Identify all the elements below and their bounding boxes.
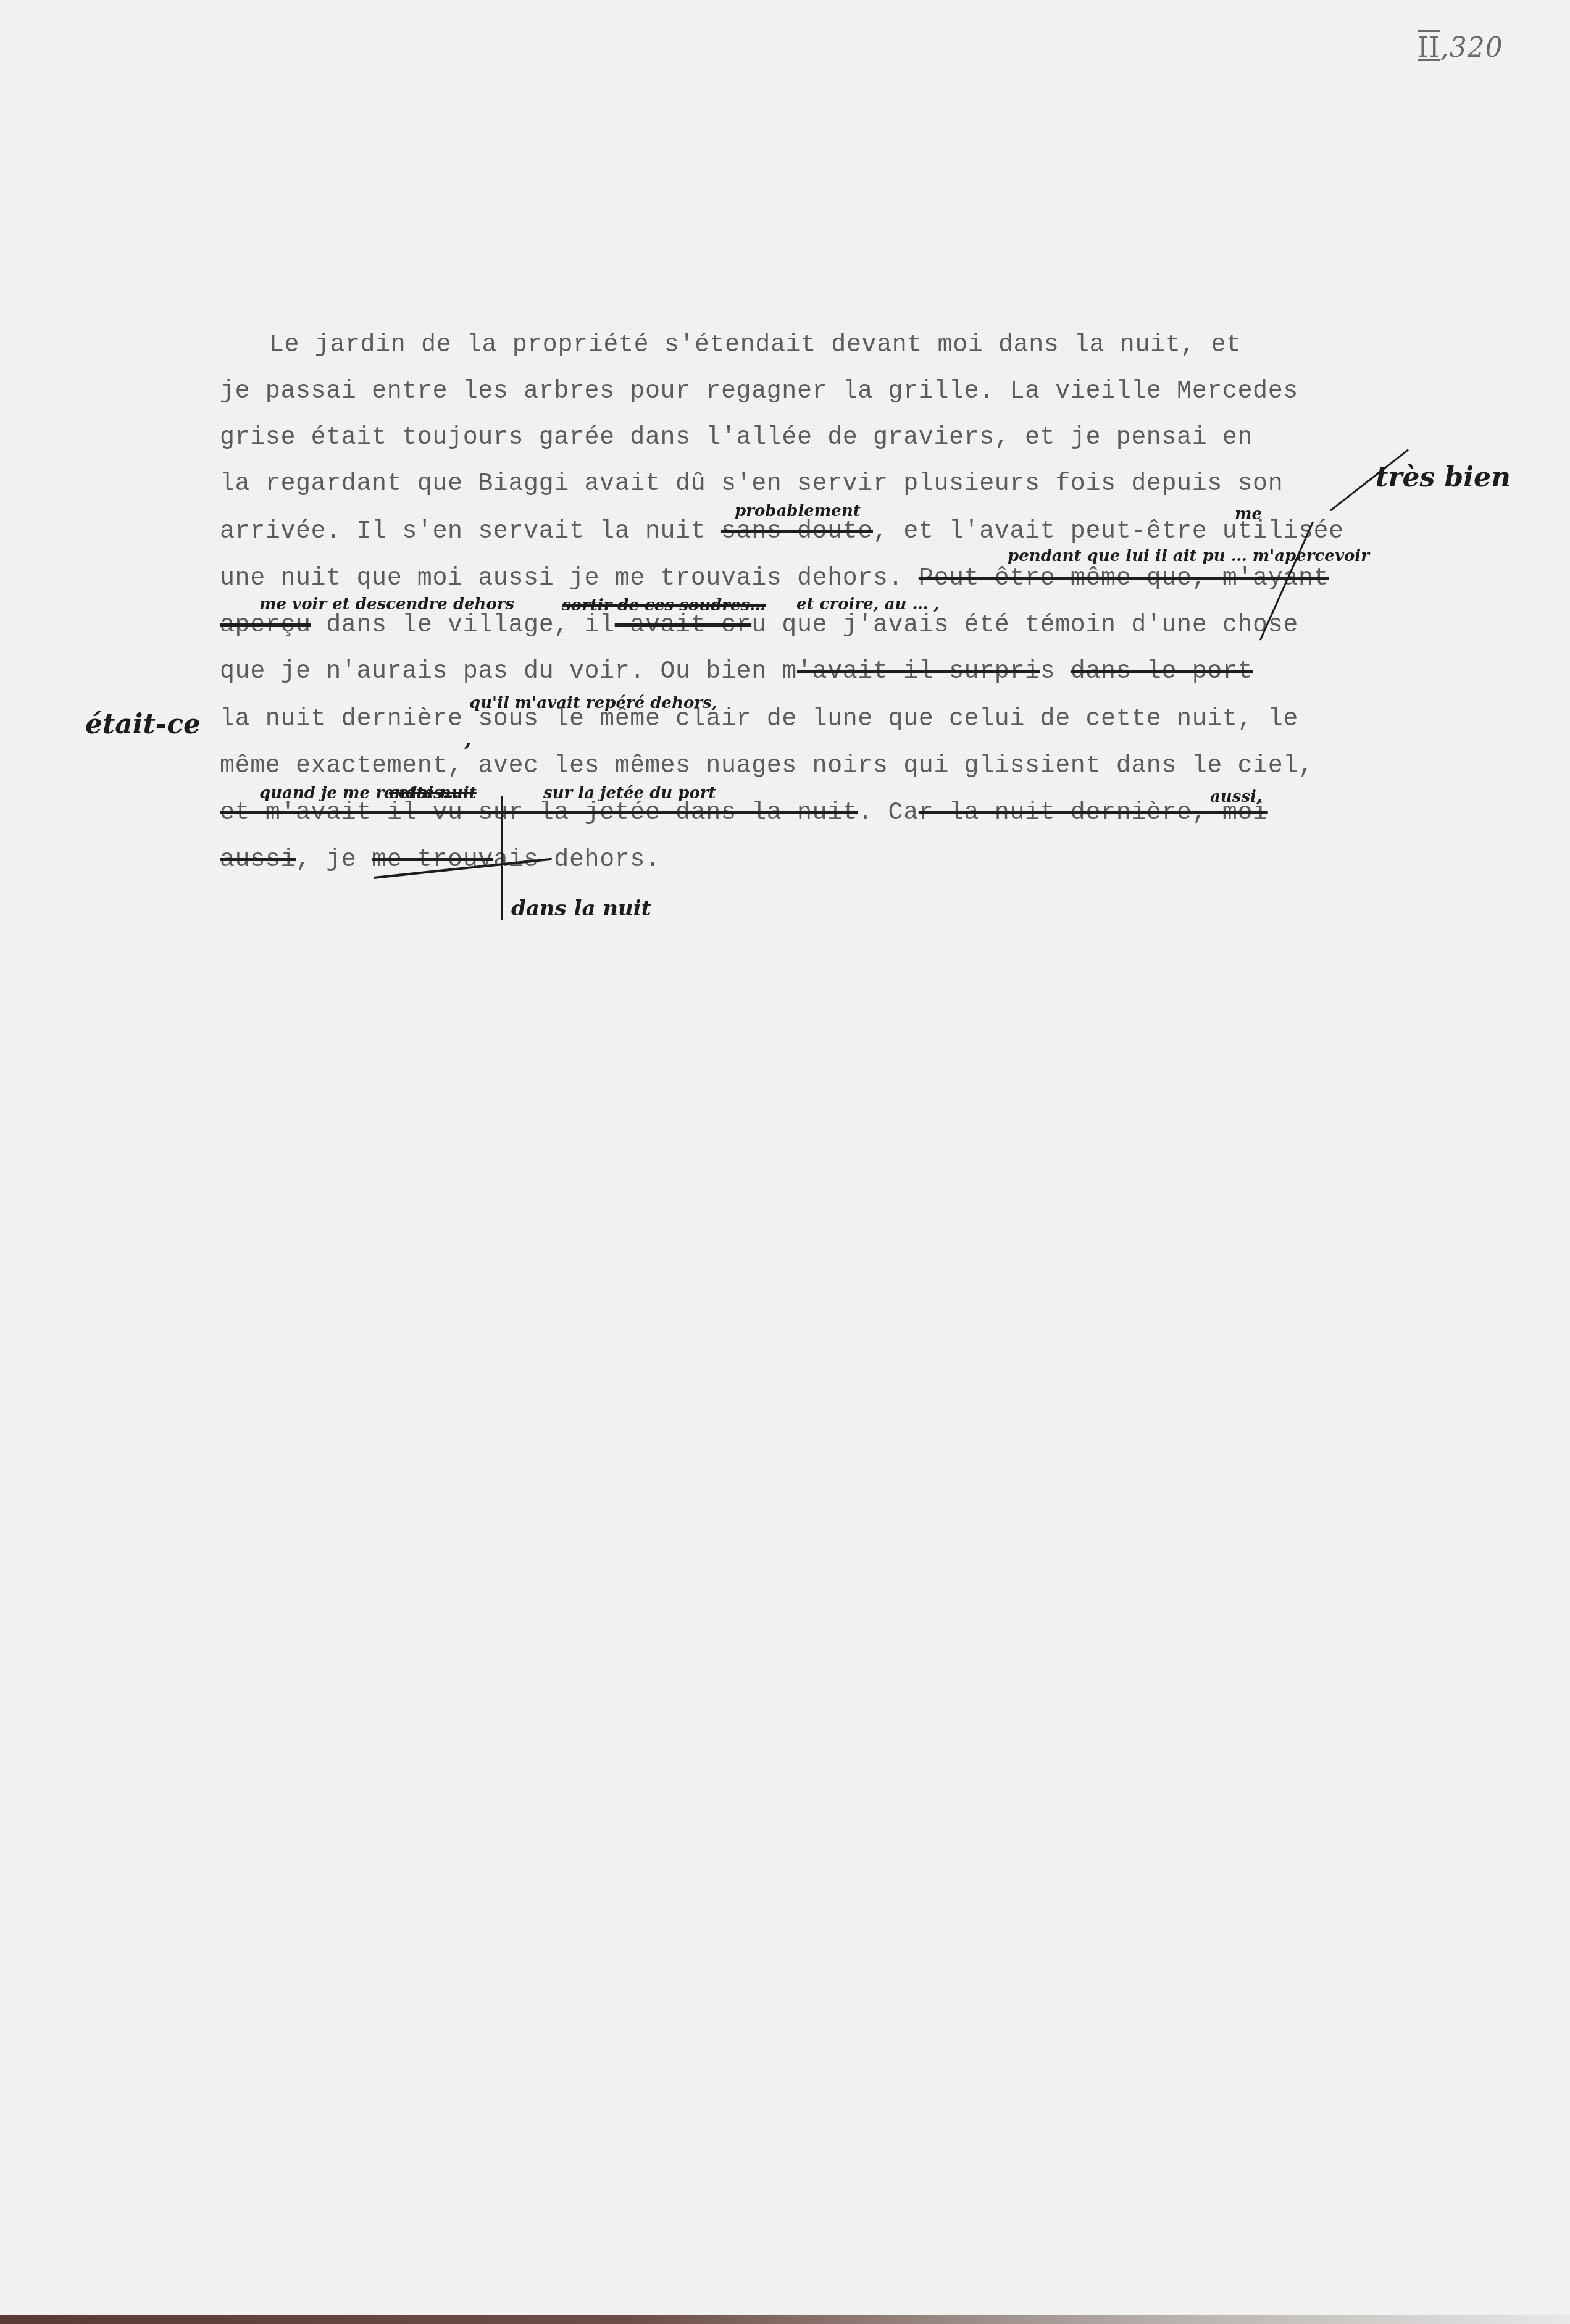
typed-line: aperçu dans le village, il avait cru que… [220,614,1298,638]
folio-roman: II [1418,32,1440,64]
struck-text: Peut-être même que, m'ayant [919,565,1329,593]
margin-note-tres-bien: très bien [1376,464,1511,491]
annotation-me-voir: me voir et descendre dehors [259,596,514,612]
annotation-et-croire: et croire, au … , [796,596,940,612]
annotation-quil-mavait-repere: qu'il m'avait repéré dehors, [469,695,717,711]
typed-line: grise était toujours garée dans l'allée … [220,426,1253,451]
typed-text: Le jardin de la propriété s'étendait dev… [269,331,1242,359]
annotation-me: me [1235,506,1262,522]
typed-line: et m'avait-il vu sur la jetée dans la nu… [220,801,1268,826]
struck-text: sans doute [721,518,873,546]
typed-text: je passai entre les arbres pour regagner… [220,378,1298,406]
annotation-comma-insert: , [464,728,472,749]
typed-text: même exactement, avec les mêmes nuages n… [220,752,1313,780]
typed-text: . Ca [858,799,918,827]
typed-text: ais dehors. [493,846,661,874]
annotation-struck-sortir: sortir de ces soudres… [562,598,766,614]
typed-line: arrivée. Il s'en servait la nuit sans do… [220,520,1344,544]
annotation-probablement: probablement [735,503,861,519]
typed-text: une nuit que moi aussi je me trouvais de… [220,565,919,593]
typed-line: je passai entre les arbres pour regagner… [220,380,1298,404]
typed-text: que je n'aurais pas du voir. Ou bien m [220,658,797,686]
folio-page: ,320 [1440,32,1503,64]
page-bottom-edge [0,2315,1570,2324]
typed-line: même exactement, avec les mêmes nuages n… [220,754,1313,779]
typed-text: , et l'avait peut-être utilisée [873,518,1344,546]
typed-text: u que j'avais été témoin d'une chose [751,612,1298,639]
struck-text: aussi [220,846,296,874]
annotation-dans-la-nuit: dans la nuit [511,898,651,919]
typed-text: la nuit dernière sous le même clair de l… [220,706,1298,733]
typed-line: la regardant que Biaggi avait dû s'en se… [220,472,1283,497]
typed-text: grise était toujours garée dans l'allée … [220,424,1253,452]
annotation-sur-la-jetee: sur la jetée du port [543,785,716,801]
typed-text: dans le village, il [311,612,615,639]
folio-number: II,320 [1418,32,1503,64]
typed-text: s [1040,658,1071,686]
typed-text: la regardant que Biaggi avait dû s'en se… [220,470,1283,498]
struck-text: avait cr [615,612,751,639]
annotation-aussi: aussi, [1210,789,1262,805]
margin-note-etait-ce: était-ce [85,711,201,738]
typed-line: une nuit que moi aussi je me trouvais de… [220,567,1329,591]
typed-line: que je n'aurais pas du voir. Ou bien m'a… [220,660,1253,685]
manuscript-page: II,320 Le jardin de la propriété s'étend… [0,0,1570,2315]
struck-text: 'avait-il surpri [797,658,1040,686]
annotation-struck-cette-nuit: cette nuit [389,785,477,801]
struck-text: dans le port [1071,658,1253,686]
typed-text: , je [296,846,372,874]
struck-text: aperçu [220,612,311,639]
struck-text: et m'avait-il vu sur la jetée dans la nu… [220,799,858,827]
typed-line: Le jardin de la propriété s'étendait dev… [269,333,1242,358]
typed-line: la nuit dernière sous le même clair de l… [220,707,1298,732]
insertion-mark-line [501,796,503,920]
annotation-pendant-que: pendant que lui il ait pu … m'apercevoir [1008,548,1369,564]
typed-text: arrivée. Il s'en servait la nuit [220,518,721,546]
